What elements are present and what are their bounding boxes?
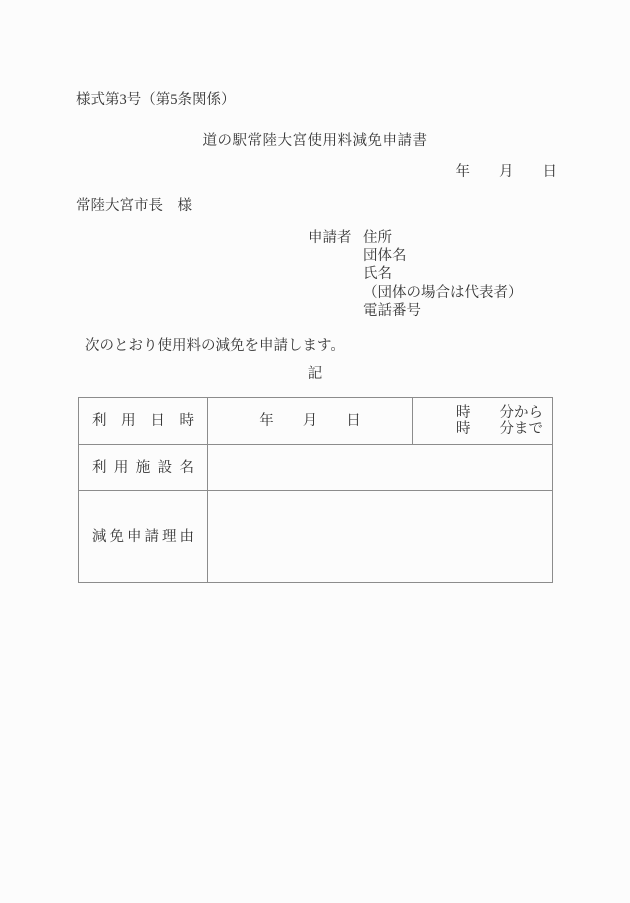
facility-name-label: 利用施設名 — [92, 458, 194, 478]
section-marker: 記 — [0, 364, 630, 384]
document-title: 道の駅常陸大宮使用料減免申請書 — [0, 131, 630, 151]
intro-text: 次のとおり使用料の減免を申請します。 — [85, 336, 345, 356]
applicant-block: 申請者 住所 団体名 氏名 （団体の場合は代表者） 電話番号 — [308, 229, 523, 320]
exemption-reason-label: 減免申請理由 — [92, 527, 194, 547]
usage-time-cell: 時 分から 時 分まで — [413, 398, 553, 445]
applicant-field-name: 氏名 — [363, 265, 523, 283]
exemption-reason-label-cell: 減免申請理由 — [79, 491, 208, 583]
applicant-field-phone: 電話番号 — [363, 302, 523, 320]
time-from-text: 時 分から — [413, 405, 543, 422]
applicant-field-address: 住所 — [363, 229, 523, 247]
form-number: 様式第3号（第5条関係） — [76, 90, 236, 110]
applicant-fields: 住所 団体名 氏名 （団体の場合は代表者） 電話番号 — [363, 229, 523, 320]
addressee: 常陸大宮市長 様 — [76, 196, 192, 216]
usage-datetime-label: 利用日時 — [92, 411, 194, 431]
table-row-exemption-reason: 減免申請理由 — [79, 491, 553, 583]
applicant-label: 申請者 — [308, 229, 352, 247]
applicant-field-representative-note: （団体の場合は代表者） — [363, 284, 523, 302]
applicant-field-organization: 団体名 — [363, 247, 523, 265]
date-line: 年 月 日 — [456, 162, 558, 182]
application-form-page: 様式第3号（第5条関係） 道の駅常陸大宮使用料減免申請書 年 月 日 常陸大宮市… — [0, 0, 630, 903]
time-to-text: 時 分まで — [413, 421, 543, 438]
facility-name-label-cell: 利用施設名 — [79, 445, 208, 491]
exemption-reason-value-cell — [208, 491, 553, 583]
table-row-usage-datetime: 利用日時 年 月 日 時 分から 時 分まで — [79, 398, 553, 445]
usage-datetime-label-cell: 利用日時 — [79, 398, 208, 445]
facility-name-value-cell — [208, 445, 553, 491]
usage-date-cell: 年 月 日 — [208, 398, 413, 445]
table-row-facility-name: 利用施設名 — [79, 445, 553, 491]
fee-exemption-table: 利用日時 年 月 日 時 分から 時 分まで 利用施設名 減免申請理由 — [78, 397, 553, 583]
